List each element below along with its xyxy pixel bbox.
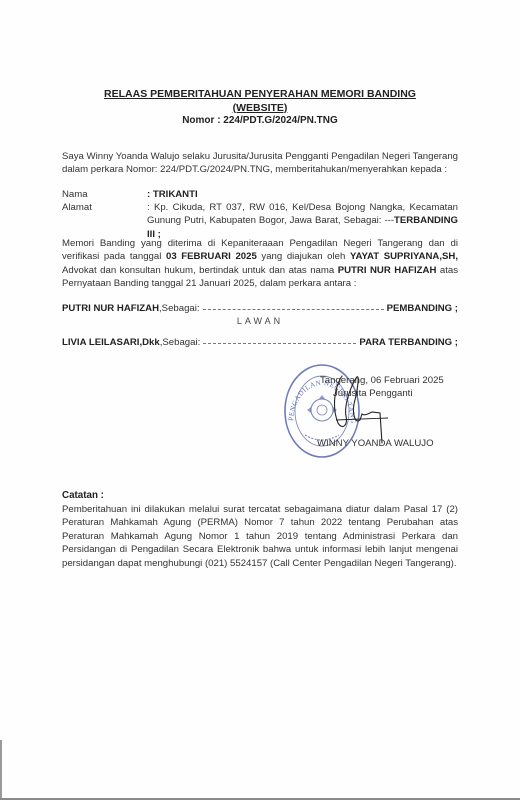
lawan-label: LAWAN [0,316,520,326]
nama-label: Nama [62,188,142,201]
dashed-leader [203,343,356,344]
advocate-name: YAYAT SUPRIYANA,SH, [350,251,458,262]
terbanding-row: LIVIA LEILASARI,Dkk,Sebagai: PARA TERBAN… [62,337,458,348]
memori-text-3: Advokat dan konsultan hukum, bertindak u… [62,265,338,276]
nama-value: : TRIKANTI [147,188,458,201]
catatan-label: Catatan : [62,490,104,501]
memori-paragraph: Memori Banding yang diterima di Kepanite… [62,237,458,291]
verification-date: 03 FEBRUARI 2025 [166,251,257,262]
signatory-name: WINNY YOANDA WALUJO [317,438,434,449]
pembanding-sebagai: ,Sebagai: [159,303,200,314]
scan-edge-left [0,740,2,800]
document-title: RELAAS PEMBERITAHUAN PENYERAHAN MEMORI B… [0,88,520,100]
memori-text-2: yang diajukan oleh [257,251,350,262]
pembanding-row: PUTRI NUR HAFIZAH,Sebagai: PEMBANDING ; [62,303,458,314]
signature-role: Jurusita Pengganti [333,388,412,399]
intro-paragraph: Saya Winny Yoanda Walujo selaku Jurusita… [62,150,458,177]
alamat-value: : Kp. Cikuda, RT 037, RW 016, Kel/Desa B… [147,201,458,241]
pembanding-role: PEMBANDING ; [387,303,458,314]
client-name: PUTRI NUR HAFIZAH [338,265,437,276]
alamat-label: Alamat [62,201,142,214]
scanned-document-page: RELAAS PEMBERITAHUAN PENYERAHAN MEMORI B… [0,0,520,800]
dashed-leader [203,309,384,310]
signature-place-date: Tangerang, 06 Februari 2025 [320,375,444,386]
terbanding-name: LIVIA LEILASARI,Dkk [62,337,160,348]
case-number: Nomor : 224/PDT.G/2024/PN.TNG [0,115,520,126]
pembanding-name: PUTRI NUR HAFIZAH [62,303,159,314]
catatan-paragraph: Pemberitahuan ini dilakukan melalui sura… [62,503,458,570]
document-subtitle: (WEBSITE) [0,102,520,114]
terbanding-sebagai: ,Sebagai: [160,337,201,348]
terbanding-role: PARA TERBANDING ; [359,337,458,348]
